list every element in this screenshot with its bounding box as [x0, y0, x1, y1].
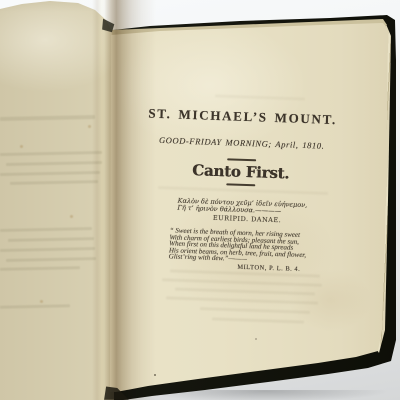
show-through-line [162, 278, 322, 286]
show-through-line [0, 171, 100, 176]
foxing-spot [20, 145, 23, 148]
show-through-line [0, 266, 80, 271]
show-through-line [0, 304, 70, 308]
book-photo: ST. MICHAEL’S MOUNT. GOOD-FRIDAY MORNING… [0, 0, 400, 400]
show-through-line [0, 151, 102, 156]
dateline: GOOD-FRIDAY MORNING; April, 1810. [132, 134, 352, 152]
milton-epigraph: “ Sweet is the breath of morn, her risin… [169, 227, 308, 265]
show-through-line [166, 296, 318, 304]
foxing-spot [40, 300, 43, 303]
foxing-spot [88, 125, 91, 128]
greek-epigraph: Καλὸν δὲ πόντου χεῦμ’ ἰδεῖν εὐήνεμον, Γῆ… [177, 198, 302, 225]
show-through-line [212, 317, 304, 323]
ink-speck [255, 338, 257, 340]
show-through-line [6, 161, 102, 166]
divider-rule-top [227, 158, 256, 161]
page-content: ST. MICHAEL’S MOUNT. GOOD-FRIDAY MORNING… [127, 105, 353, 275]
show-through-line [200, 307, 310, 313]
show-through-line [0, 227, 92, 232]
divider-rule-bottom [226, 183, 255, 186]
show-through-line [10, 180, 98, 185]
show-through-line [0, 115, 95, 121]
gutter-shadow [92, 0, 156, 400]
foxing-spot [70, 215, 73, 218]
show-through-line [6, 257, 96, 262]
show-through-line [0, 247, 95, 252]
show-through-line [8, 237, 94, 242]
canto-heading: Canto First. [130, 160, 350, 185]
show-through-line [175, 288, 315, 295]
show-through-line [215, 94, 305, 100]
